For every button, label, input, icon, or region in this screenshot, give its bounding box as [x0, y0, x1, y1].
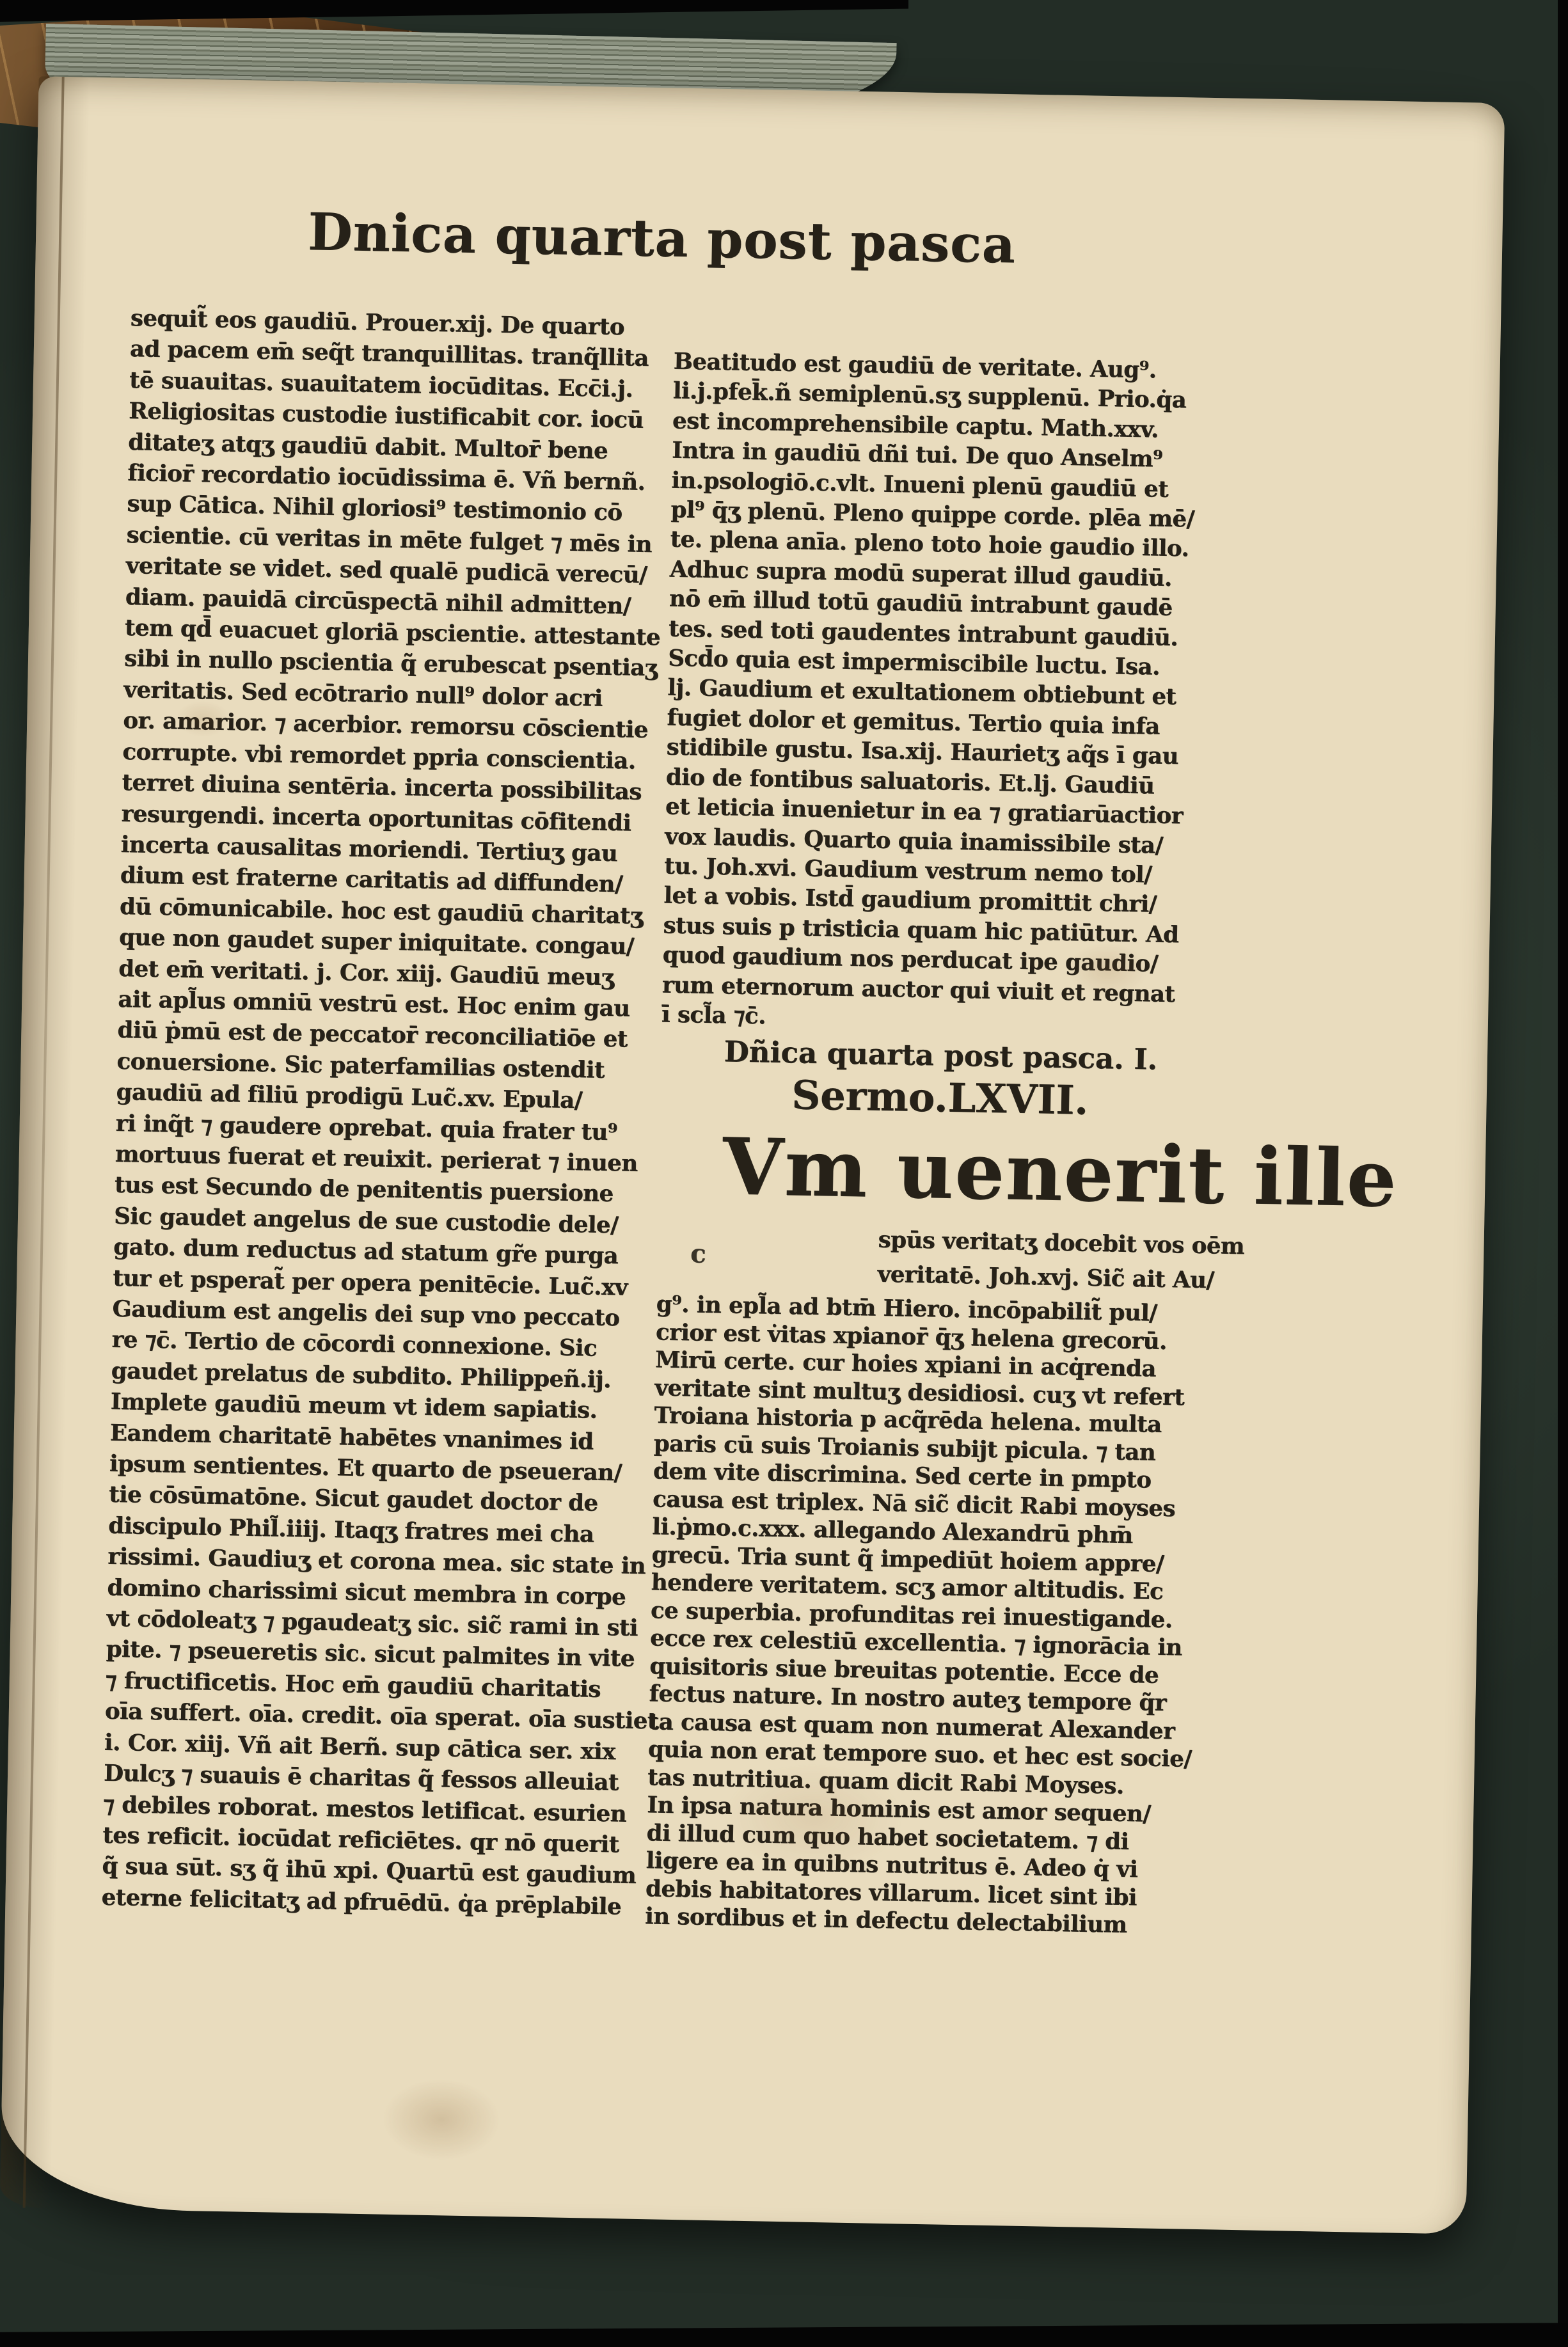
running-title: Dnica quarta post pasca	[307, 202, 1016, 274]
text-line: veritatē. Joh.xvj. Sic̃ ait Au/	[877, 1258, 1244, 1299]
scanner-edge-right	[1558, 0, 1568, 2347]
scanned-book-photo: Dnica quarta post pasca sequit̃ eos gaud…	[0, 0, 1568, 2347]
drop-cap-guide-letter: c	[690, 1238, 706, 1268]
scanner-edge-top	[0, 0, 908, 22]
sermon-body-column: g⁹. in epl̃a ad btm̄ Hiero. incōpabilit̃…	[645, 1290, 1216, 1940]
sermon-indented-lines: spūs veritatʒ docebit vos oēmveritatē. J…	[877, 1223, 1244, 1299]
gutter-shadow	[0, 76, 90, 2208]
section-heading-line2: Sermo.LXVII.	[660, 1069, 1220, 1126]
right-text-column-upper: Beatitudo est gaudiū de veritate. Aug⁹.l…	[661, 347, 1233, 1040]
fore-edge-highlight	[1453, 103, 1505, 2234]
sermon-incipit-large: Vm uenerit ille	[722, 1120, 1398, 1224]
left-text-column: sequit̃ eos gaudiū. Prouer.xij. De quart…	[101, 303, 690, 1924]
scanner-edge-bottom	[0, 2320, 1568, 2347]
book-page: Dnica quarta post pasca sequit̃ eos gaud…	[0, 76, 1505, 2234]
ink-blot	[812, 1214, 832, 1228]
